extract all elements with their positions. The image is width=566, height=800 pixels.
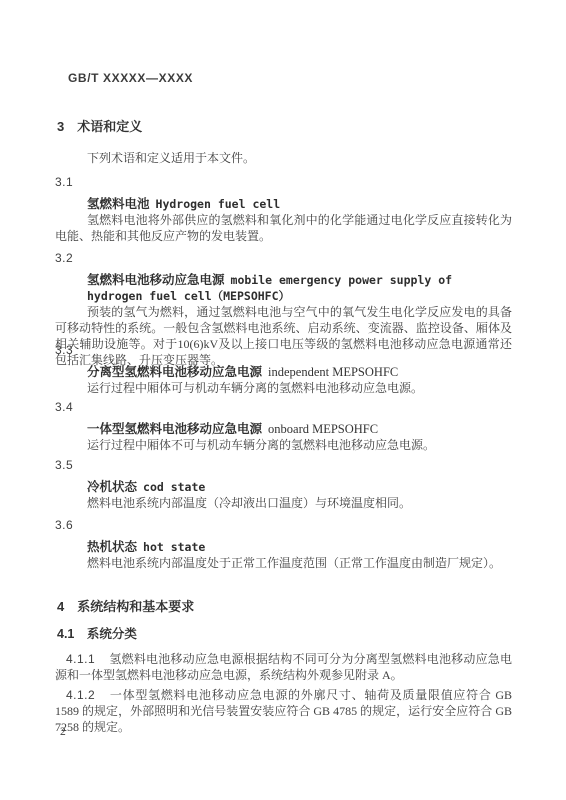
term-definition: 运行过程中厢体不可与机动车辆分离的氢燃料电池移动应急电源。 [55,437,512,453]
term-block-3-3: 3.3 分离型氢燃料电池移动应急电源independent MEPSOHFC 运… [55,342,512,396]
term-title-zh: 分离型氢燃料电池移动应急电源 [87,365,262,379]
term-number: 3.6 [55,517,512,533]
term-title: 一体型氢燃料电池移动应急电源onboard MEPSOHFC [55,421,512,437]
term-title-zh: 氢燃料电池 [87,197,150,211]
term-title-en: independent MEPSOHFC [268,365,398,379]
term-block-3-4: 3.4 一体型氢燃料电池移动应急电源onboard MEPSOHFC 运行过程中… [55,399,512,453]
section-3-intro: 下列术语和定义适用于本文件。 [55,150,512,166]
term-title-zh: 氢燃料电池移动应急电源 [87,273,225,287]
clause-4-1-1: 4.1.1氢燃料电池移动应急电源根据结构不同可分为分离型氢燃料电池移动应急电源和… [55,651,512,683]
term-block-3-5: 3.5 冷机状态cod state 燃料电池系统内部温度（冷却液出口温度）与环境… [55,457,512,511]
clause-number: 4.1.1 [66,652,95,666]
term-title: 冷机状态cod state [55,479,512,495]
clause-text: 一体型氢燃料电池移动应急电源的外廓尺寸、轴荷及质量限值应符合 GB 1589 的… [55,688,512,734]
term-number: 3.4 [55,399,512,415]
page-number: 2 [60,726,66,738]
term-title-zh: 一体型氢燃料电池移动应急电源 [87,422,262,436]
term-block-3-6: 3.6 热机状态hot state 燃料电池系统内部温度处于正常工作温度范围（正… [55,517,512,571]
document-page: GB/T XXXXX—XXXX 3 术语和定义 下列术语和定义适用于本文件。 3… [0,0,566,800]
term-block-3-1: 3.1 氢燃料电池Hydrogen fuel cell 氢燃料电池将外部供应的氢… [55,174,512,244]
term-title: 氢燃料电池移动应急电源mobile emergency power supply… [55,272,512,304]
term-definition: 燃料电池系统内部温度（冷却液出口温度）与环境温度相同。 [55,495,512,511]
term-title-en: hot state [143,540,205,554]
section-4-heading: 4 系统结构和基本要求 [57,599,194,615]
clause-text: 氢燃料电池移动应急电源根据结构不同可分为分离型氢燃料电池移动应急电源和一体型氢燃… [55,652,512,682]
term-number: 3.2 [55,250,512,266]
term-title-zh: 热机状态 [87,540,137,554]
term-title: 分离型氢燃料电池移动应急电源independent MEPSOHFC [55,364,512,380]
term-title: 热机状态hot state [55,539,512,555]
term-definition: 运行过程中厢体可与机动车辆分离的氢燃料电池移动应急电源。 [55,380,512,396]
clause-number: 4.1.2 [66,688,95,702]
term-title-en: onboard MEPSOHFC [268,422,378,436]
term-number: 3.1 [55,174,512,190]
term-title: 氢燃料电池Hydrogen fuel cell [55,196,512,212]
clause-4-1-2: 4.1.2一体型氢燃料电池移动应急电源的外廓尺寸、轴荷及质量限值应符合 GB 1… [55,687,512,735]
section-4-1-heading: 4.1 系统分类 [57,626,137,642]
term-title-zh: 冷机状态 [87,480,137,494]
term-title-en: Hydrogen fuel cell [156,197,281,211]
term-definition: 燃料电池系统内部温度处于正常工作温度范围（正常工作温度由制造厂规定）。 [55,555,512,571]
section-3-heading: 3 术语和定义 [57,119,142,135]
term-title-en: cod state [143,480,205,494]
term-number: 3.5 [55,457,512,473]
term-definition: 氢燃料电池将外部供应的氢燃料和氧化剂中的化学能通过电化学反应直接转化为电能、热能… [55,212,512,244]
document-code-header: GB/T XXXXX—XXXX [68,71,193,85]
term-number: 3.3 [55,342,512,358]
